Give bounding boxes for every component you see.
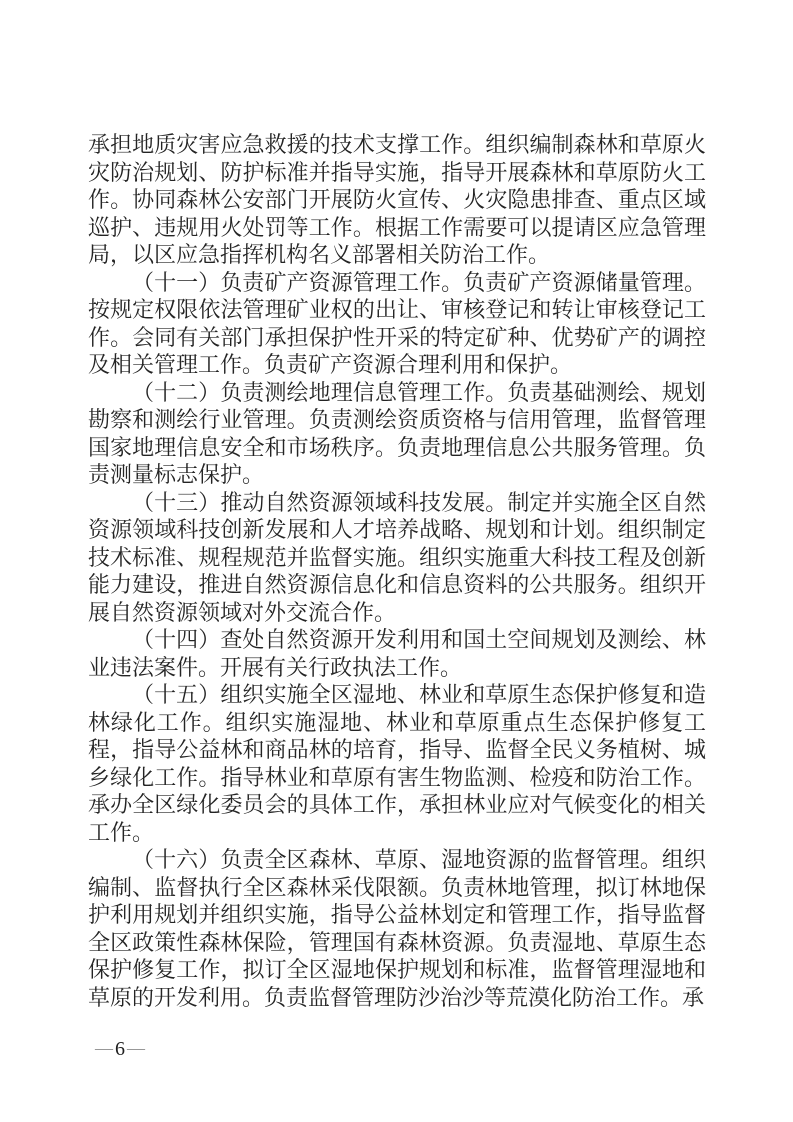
page-number-dash-left: —: [95, 1037, 113, 1059]
paragraph-item-16: （十六）负责全区森林、草原、湿地资源的监督管理。组织编制、监督执行全区森林采伐限…: [88, 846, 706, 1011]
paragraph-item-12: （十二）负责测绘地理信息管理工作。负责基础测绘、规划勘察和测绘行业管理。负责测绘…: [88, 379, 706, 489]
paragraph-item-14: （十四）查处自然资源开发利用和国土空间规划及测绘、林业违法案件。开展有关行政执法…: [88, 626, 706, 681]
document-page: 承担地质灾害应急救援的技术支撑工作。组织编制森林和草原火灾防治规划、防护标准并指…: [0, 0, 793, 1122]
page-number-footer: — 6 —: [95, 1038, 145, 1060]
page-number-dash-right: —: [127, 1037, 145, 1059]
paragraph-item-15: （十五）组织实施全区湿地、林业和草原生态保护修复和造林绿化工作。组织实施湿地、林…: [88, 681, 706, 846]
paragraph-item-13: （十三）推动自然资源领域科技发展。制定并实施全区自然资源领域科技创新发展和人才培…: [88, 489, 706, 627]
page-number: 6: [115, 1038, 125, 1060]
paragraph-continuation: 承担地质灾害应急救援的技术支撑工作。组织编制森林和草原火灾防治规划、防护标准并指…: [88, 131, 706, 269]
document-body: 承担地质灾害应急救援的技术支撑工作。组织编制森林和草原火灾防治规划、防护标准并指…: [88, 131, 706, 1011]
paragraph-item-11: （十一）负责矿产资源管理工作。负责矿产资源储量管理。按规定权限依法管理矿业权的出…: [88, 269, 706, 379]
